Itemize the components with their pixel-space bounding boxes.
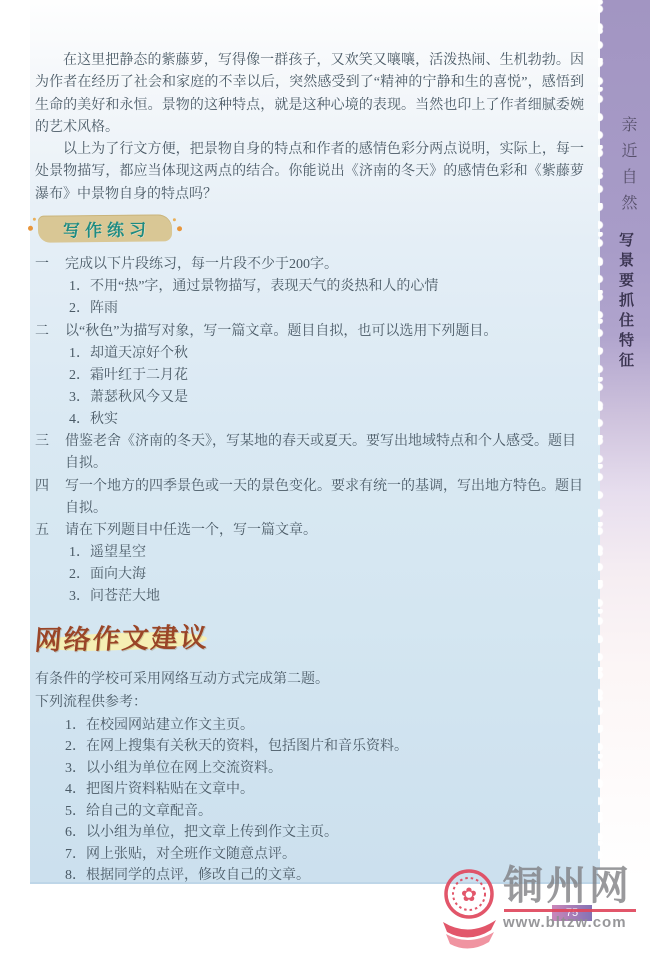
textbook-page-scan: 在这里把静态的紫藤萝，写得像一群孩子，又欢笑又嚷嚷，活泼热闹、生机勃勃。因为作者… [0, 0, 650, 954]
step-item: 3．以小组为单位在网上交流资料。 [65, 758, 584, 780]
item-marker [35, 409, 65, 431]
item-marker [35, 365, 65, 387]
step-item: 5．给自己的文章配音。 [65, 801, 584, 823]
watermark-text-block: 铜州网 www.bltzw.com [503, 864, 636, 931]
site-watermark: ✿ 铜州网 www.bltzw.com [441, 864, 647, 952]
step-item: 1．在校园网站建立作文主页。 [65, 715, 584, 737]
item-marker: 二 [35, 321, 65, 343]
item-text: 请在下列题目中任选一个，写一篇文章。 [65, 520, 584, 542]
item-text: 3．问苍茫大地 [65, 586, 584, 608]
item-text: 4．秋实 [65, 409, 584, 431]
item-text: 以“秋色”为描写对象，写一篇文章。题目自拟，也可以选用下列题目。 [65, 321, 584, 343]
watermark-divider [504, 909, 636, 912]
net-steps-list: 1．在校园网站建立作文主页。 2．在网上搜集有关秋天的资料，包括图片和音乐资料。… [35, 715, 584, 887]
sidebar-lesson-title: 写景要抓住特征 [615, 232, 636, 372]
banner-dot-icon [173, 218, 176, 221]
banner-dot-icon [177, 226, 182, 231]
list-subitem: 2．霜叶红于二月花 [35, 365, 584, 387]
item-marker [35, 542, 65, 564]
list-subitem: 3．萧瑟秋风今又是 [35, 387, 584, 409]
step-item: 4．把图片资料粘贴在文章中。 [65, 779, 584, 801]
list-item: 三借鉴老舍《济南的冬天》，写某地的春天或夏天。要写出地域特点和个人感受。题目自拟… [35, 431, 584, 475]
item-marker [35, 343, 65, 365]
practice-list: 一完成以下片段练习，每一片段不少于200字。 1．不用“热”字，通过景物描写，表… [35, 254, 584, 609]
item-text: 3．萧瑟秋风今又是 [65, 387, 584, 409]
watermark-site-url: www.bltzw.com [503, 914, 627, 931]
item-text: 1．却道天凉好个秋 [65, 343, 584, 365]
item-marker: 三 [35, 431, 65, 475]
item-marker [35, 586, 65, 608]
watermark-site-name: 铜州网 [503, 864, 632, 908]
item-marker: 五 [35, 520, 65, 542]
net-intro-2: 下列流程供参考： [35, 691, 584, 714]
item-text: 借鉴老舍《济南的冬天》，写某地的春天或夏天。要写出地域特点和个人感受。题目自拟。 [65, 431, 584, 475]
writing-practice-title: 写作练习 [59, 216, 151, 242]
page-content: 在这里把静态的紫藤萝，写得像一群孩子，又欢笑又嚷嚷，活泼热闹、生机勃勃。因为作者… [30, 0, 600, 884]
list-subitem: 1．却道天凉好个秋 [35, 343, 584, 365]
item-marker [35, 387, 65, 409]
svg-text:✿: ✿ [461, 885, 477, 906]
item-text: 2．霜叶红于二月花 [65, 365, 584, 387]
list-subitem: 1．遥望星空 [35, 542, 584, 564]
item-text: 1．遥望星空 [65, 542, 584, 564]
list-item: 五请在下列题目中任选一个，写一篇文章。 [35, 520, 584, 542]
net-intro-1: 有条件的学校可采用网络互动方式完成第二题。 [35, 668, 584, 691]
net-writing-title: 网络作文建议 [33, 615, 211, 657]
list-subitem: 2．阵雨 [35, 298, 584, 320]
banner-dot-icon [28, 226, 33, 231]
list-subitem: 3．问苍茫大地 [35, 586, 584, 608]
net-writing-header: 网络作文建议 [35, 615, 584, 659]
list-subitem: 2．面向大海 [35, 564, 584, 586]
intro-paragraph-1: 在这里把静态的紫藤萝，写得像一群孩子，又欢笑又嚷嚷，活泼热闹、生机勃勃。因为作者… [35, 50, 584, 139]
item-marker [35, 276, 65, 298]
list-item: 四写一个地方的四季景色或一天的景色变化。要求有统一的基调，写出地方特色。题目自拟… [35, 476, 584, 520]
writing-practice-banner: 写作练习 [38, 214, 172, 242]
list-subitem: 1．不用“热”字，通过景物描写，表现天气的炎热和人的心情 [35, 276, 584, 298]
step-item: 2．在网上搜集有关秋天的资料，包括图片和音乐资料。 [65, 736, 584, 758]
seal-icon: ✿ [441, 864, 499, 954]
item-marker [35, 564, 65, 586]
item-marker: 一 [35, 254, 65, 276]
step-item: 6．以小组为单位，把文章上传到作文主页。 [65, 822, 584, 844]
item-marker [35, 298, 65, 320]
intro-paragraph-2: 以上为了行文方便，把景物自身的特点和作者的感情色彩分两点说明，实际上，每一处景物… [35, 139, 584, 206]
item-text: 2．面向大海 [65, 564, 584, 586]
banner-dot-icon [33, 218, 36, 221]
item-text: 完成以下片段练习，每一片段不少于200字。 [65, 254, 584, 276]
list-item: 一完成以下片段练习，每一片段不少于200字。 [35, 254, 584, 276]
sidebar-unit-title: 亲近自然 [616, 116, 639, 220]
item-text: 2．阵雨 [65, 298, 584, 320]
item-text: 写一个地方的四季景色或一天的景色变化。要求有统一的基调，写出地方特色。题目自拟。 [65, 476, 584, 520]
list-item: 二以“秋色”为描写对象，写一篇文章。题目自拟，也可以选用下列题目。 [35, 321, 584, 343]
step-item: 7．网上张贴，对全班作文随意点评。 [65, 844, 584, 866]
item-marker: 四 [35, 476, 65, 520]
list-subitem: 4．秋实 [35, 409, 584, 431]
item-text: 1．不用“热”字，通过景物描写，表现天气的炎热和人的心情 [65, 276, 584, 298]
